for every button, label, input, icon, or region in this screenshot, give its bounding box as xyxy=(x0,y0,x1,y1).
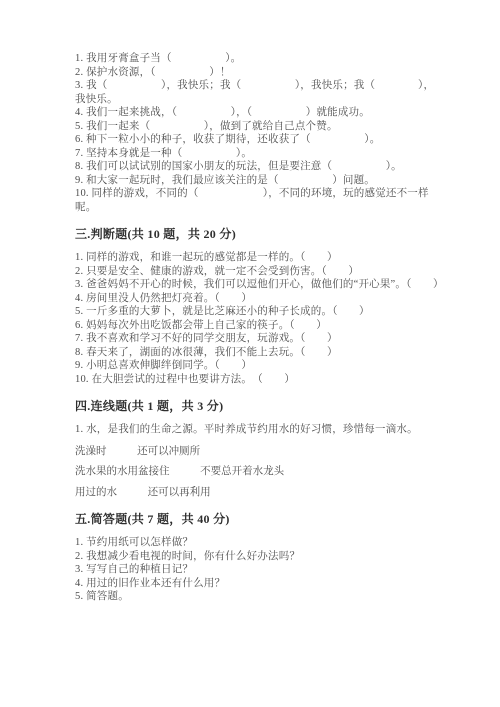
judge-question-3: 3. 爸爸妈妈不开心的时候，我们可以逗他们开心，做他们的“开心果”。（ ） xyxy=(75,278,442,292)
matching-row-2: 洗水果的水用盆接住 不要总开着水龙头 xyxy=(75,465,442,479)
matching-intro: 1. 水，是我们的生命之源。平时养成节约用水的好习惯，珍惜每一滴水。 xyxy=(75,423,442,437)
exam-worksheet-page: 1. 我用牙膏盒子当（ ）。 2. 保护水资源，（ ）！ 3. 我（ ），我快乐… xyxy=(0,0,500,707)
short-answer-question-4: 4. 用过的旧作业本还有什么用？ xyxy=(75,577,442,591)
judge-question-7: 7. 我不喜欢和学习不好的同学交朋友，玩游戏。（ ） xyxy=(75,332,442,346)
judge-question-2: 2. 只要是安全、健康的游戏，就一定不会受到伤害。（ ） xyxy=(75,265,442,279)
short-answer-section: 1. 节约用纸可以怎样做？ 2. 我想减少看电视的时间，你有什么好办法吗？ 3.… xyxy=(75,536,442,604)
short-answer-section-header: 五.简答题(共 7 题，共 40 分) xyxy=(75,510,442,528)
short-answer-question-1: 1. 节约用纸可以怎样做？ xyxy=(75,536,442,550)
judge-question-9: 9. 小明总喜欢伸脚绊倒同学。（ ） xyxy=(75,359,442,373)
judge-question-1: 1. 同样的游戏，和谁一起玩的感觉都是一样的。（ ） xyxy=(75,251,442,265)
fill-question-2: 2. 保护水资源，（ ）！ xyxy=(75,66,442,80)
matching-row-3: 用过的水 还可以再利用 xyxy=(75,486,442,500)
fill-question-7: 7. 坚持本身就是一种（ ）。 xyxy=(75,147,442,161)
judge-question-4: 4. 房间里没人仍然把灯亮着。（ ） xyxy=(75,292,442,306)
matching-right-item: 还可以再利用 xyxy=(148,486,211,500)
fill-question-3: 3. 我（ ），我快乐；我（ ），我快乐；我（ ），我快乐。 xyxy=(75,79,442,106)
matching-right-item: 不要总开着水龙头 xyxy=(200,465,284,479)
matching-section-header: 四.连线题(共 1 题，共 3 分) xyxy=(75,397,442,415)
judge-section-header: 三.判断题(共 10 题，共 20 分) xyxy=(75,225,442,243)
fill-question-8: 8. 我们可以试试别的国家小朋友的玩法，但是要注意（ ）。 xyxy=(75,160,442,174)
short-answer-question-5: 5. 简答题。 xyxy=(75,590,442,604)
matching-left-item: 洗澡时 xyxy=(75,445,107,459)
fill-question-10: 10. 同样的游戏，不同的（ ），不同的环境，玩的感觉还不一样呢。 xyxy=(75,187,442,214)
matching-left-item: 用过的水 xyxy=(75,486,117,500)
matching-right-item: 还可以冲厕所 xyxy=(137,445,200,459)
fill-question-4: 4. 我们一起来挑战，（ ），（ ）就能成功。 xyxy=(75,106,442,120)
judge-section: 1. 同样的游戏，和谁一起玩的感觉都是一样的。（ ） 2. 只要是安全、健康的游… xyxy=(75,251,442,386)
judge-question-6: 6. 妈妈每次外出吃饭都会带上自己家的筷子。（ ） xyxy=(75,319,442,333)
fill-question-5: 5. 我们一起来（ ），做到了就给自己点个赞。 xyxy=(75,120,442,134)
judge-question-10: 10. 在大胆尝试的过程中也要讲方法。 （ ） xyxy=(75,373,442,387)
short-answer-question-2: 2. 我想减少看电视的时间，你有什么好办法吗？ xyxy=(75,550,442,564)
fill-in-blank-section: 1. 我用牙膏盒子当（ ）。 2. 保护水资源，（ ）！ 3. 我（ ），我快乐… xyxy=(75,52,442,214)
judge-question-5: 5. 一斤多重的大萝卜，就是比芝麻还小的种子长成的。（ ） xyxy=(75,305,442,319)
fill-question-9: 9. 和大家一起玩时，我们最应该关注的是（ ）问题。 xyxy=(75,174,442,188)
fill-question-6: 6. 种下一粒小小的种子，收获了期待，还收获了（ ）。 xyxy=(75,133,442,147)
matching-section: 1. 水，是我们的生命之源。平时养成节约用水的好习惯，珍惜每一滴水。 洗澡时 还… xyxy=(75,423,442,499)
matching-row-1: 洗澡时 还可以冲厕所 xyxy=(75,445,442,459)
short-answer-question-3: 3. 写写自己的种植日记？ xyxy=(75,563,442,577)
judge-question-8: 8. 春天来了，湖面的冰很薄，我们不能上去玩。（ ） xyxy=(75,346,442,360)
matching-left-item: 洗水果的水用盆接住 xyxy=(75,465,170,479)
fill-question-1: 1. 我用牙膏盒子当（ ）。 xyxy=(75,52,442,66)
